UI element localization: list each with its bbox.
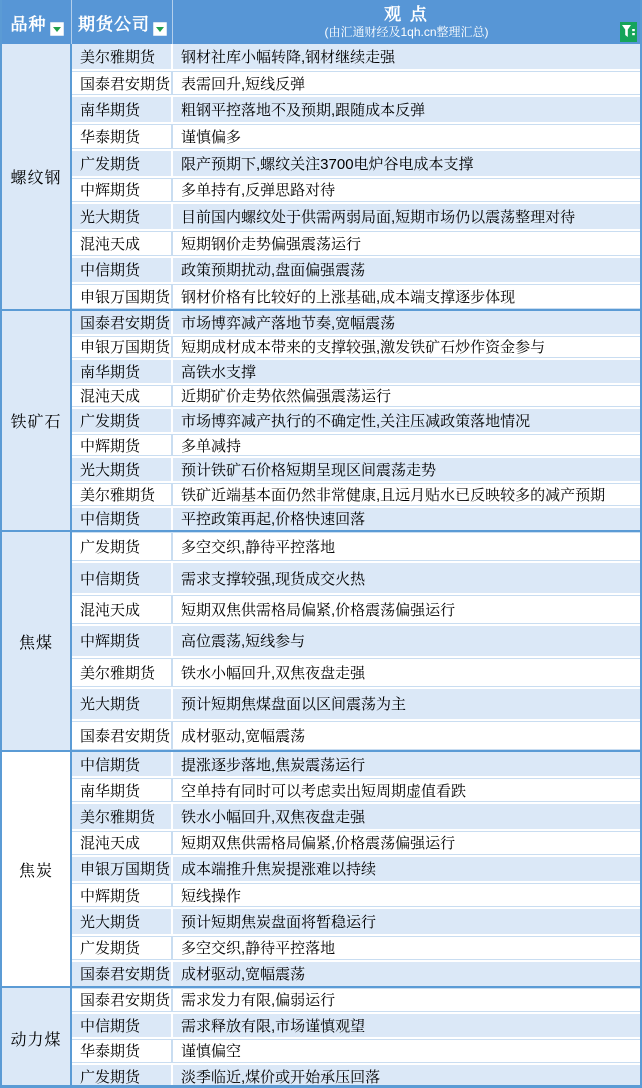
company-cell[interactable]: 广发期货 [72, 532, 173, 561]
company-cell[interactable]: 美尔雅期货 [72, 804, 173, 828]
table-row: 中信期货 政策预期扰动,盘面偏强震荡 [72, 256, 640, 283]
company-cell[interactable]: 华泰期货 [72, 1039, 173, 1063]
commodity-section: 铁矿石 国泰君安期货 市场博弈减产落地节奏,宽幅震荡 申银万国期货 短期成材成本… [2, 309, 640, 530]
section-rows: 国泰君安期货 需求发力有限,偏弱运行 中信期货 需求释放有限,市场谨慎观望 华泰… [72, 988, 640, 1088]
table-row: 国泰君安期货 市场博弈减产落地节奏,宽幅震荡 [72, 311, 640, 334]
viewpoint-cell[interactable]: 平控政策再起,价格快速回落 [173, 508, 640, 531]
viewpoint-cell[interactable]: 短线操作 [173, 883, 640, 907]
viewpoint-cell[interactable]: 目前国内螺纹处于供需两弱局面,短期市场仍以震荡整理对待 [173, 204, 640, 229]
table-row: 申银万国期货 钢材价格有比较好的上涨基础,成本端支撑逐步体现 [72, 282, 640, 309]
commodity-label-cell[interactable]: 动力煤 [2, 988, 72, 1088]
viewpoint-cell[interactable]: 铁水小幅回升,双焦夜盘走强 [173, 658, 640, 687]
viewpoint-cell[interactable]: 空单持有同时可以考虑卖出短周期虚值看跌 [173, 778, 640, 802]
table-row: 中辉期货 多单持有,反弹思路对待 [72, 176, 640, 203]
table-row: 南华期货 粗钢平控落地不及预期,跟随成本反弹 [72, 95, 640, 122]
viewpoint-cell[interactable]: 钢材价格有比较好的上涨基础,成本端支撑逐步体现 [173, 284, 640, 309]
viewpoint-cell[interactable]: 政策预期扰动,盘面偏强震荡 [173, 258, 640, 283]
table-row: 光大期货 预计短期焦煤盘面以区间震荡为主 [72, 687, 640, 718]
viewpoint-cell[interactable]: 多空交织,静待平控落地 [173, 532, 640, 561]
viewpoint-header-title: 观 点 [384, 6, 429, 25]
table-row: 广发期货 淡季临近,煤价或开始承压回落 [72, 1063, 640, 1088]
viewpoint-cell[interactable]: 预计铁矿石价格短期呈现区间震荡走势 [173, 458, 640, 481]
table-row: 华泰期货 谨慎偏多 [72, 122, 640, 149]
table-row: 美尔雅期货 铁水小幅回升,双焦夜盘走强 [72, 656, 640, 687]
viewpoint-cell[interactable]: 市场博弈减产执行的不确定性,关注压减政策落地情况 [173, 409, 640, 432]
company-cell[interactable]: 南华期货 [72, 97, 173, 122]
variety-filter-dropdown-icon[interactable] [50, 22, 64, 36]
viewpoint-cell[interactable]: 短期双焦供需格局偏紧,价格震荡偏强运行 [173, 831, 640, 855]
table-row: 华泰期货 谨慎偏空 [72, 1037, 640, 1063]
table-row: 光大期货 预计铁矿石价格短期呈现区间震荡走势 [72, 456, 640, 481]
viewpoint-cell[interactable]: 钢材社库小幅转降,钢材继续走强 [173, 44, 640, 69]
viewpoint-cell[interactable]: 短期双焦供需格局偏紧,价格震荡偏强运行 [173, 595, 640, 624]
viewpoint-cell[interactable]: 铁水小幅回升,双焦夜盘走强 [173, 804, 640, 828]
variety-header-label: 品种 [11, 10, 47, 35]
viewpoint-cell[interactable]: 需求释放有限,市场谨慎观望 [173, 1014, 640, 1038]
table-row: 申银万国期货 短期成材成本带来的支撑较强,激发铁矿石炒作资金参与 [72, 334, 640, 359]
table-row: 混沌天成 短期双焦供需格局偏紧,价格震荡偏强运行 [72, 829, 640, 855]
company-cell[interactable]: 光大期货 [72, 689, 173, 718]
table-row: 国泰君安期货 需求发力有限,偏弱运行 [72, 988, 640, 1012]
table-row: 中辉期货 高位震荡,短线参与 [72, 624, 640, 655]
company-cell[interactable]: 中信期货 [72, 752, 173, 776]
table-row: 光大期货 预计短期焦炭盘面将暂稳运行 [72, 907, 640, 933]
company-cell[interactable]: 中信期货 [72, 508, 173, 531]
company-cell[interactable]: 广发期货 [72, 1065, 173, 1088]
viewpoint-cell[interactable]: 高位震荡,短线参与 [173, 626, 640, 655]
viewpoint-cell[interactable]: 成材驱动,宽幅震荡 [173, 721, 640, 750]
company-cell[interactable]: 中辉期货 [72, 626, 173, 655]
company-cell[interactable]: 国泰君安期货 [72, 71, 173, 96]
company-cell[interactable]: 国泰君安期货 [72, 721, 173, 750]
viewpoint-cell[interactable]: 成本端推升焦炭提涨难以持续 [173, 857, 640, 881]
viewpoint-cell[interactable]: 多单持有,反弹思路对待 [173, 178, 640, 203]
table-row: 广发期货 多空交织,静待平控落地 [72, 532, 640, 561]
section-rows: 美尔雅期货 钢材社库小幅转降,钢材继续走强 国泰君安期货 表需回升,短线反弹 南… [72, 44, 640, 309]
company-column-header[interactable]: 期货公司 [72, 0, 173, 44]
section-rows: 广发期货 多空交织,静待平控落地 中信期货 需求支撑较强,现货成交火热 混沌天成… [72, 532, 640, 750]
funnel-icon [622, 25, 635, 39]
company-cell[interactable]: 中信期货 [72, 258, 173, 283]
viewpoint-cell[interactable]: 谨慎偏空 [173, 1039, 640, 1063]
viewpoint-cell[interactable]: 高铁水支撑 [173, 360, 640, 383]
viewpoint-cell[interactable]: 短期成材成本带来的支撑较强,激发铁矿石炒作资金参与 [173, 336, 640, 359]
company-cell[interactable]: 中辉期货 [72, 434, 173, 457]
viewpoint-cell[interactable]: 淡季临近,煤价或开始承压回落 [173, 1065, 640, 1088]
company-cell[interactable]: 中信期货 [72, 1014, 173, 1038]
company-cell[interactable]: 国泰君安期货 [72, 311, 173, 334]
chevron-down-icon [156, 27, 164, 32]
viewpoint-cell[interactable]: 成材驱动,宽幅震荡 [173, 962, 640, 986]
company-cell[interactable]: 混沌天成 [72, 385, 173, 408]
table-row: 美尔雅期货 铁水小幅回升,双焦夜盘走强 [72, 802, 640, 828]
table-row: 美尔雅期货 钢材社库小幅转降,钢材继续走强 [72, 44, 640, 69]
table-row: 中信期货 平控政策再起,价格快速回落 [72, 506, 640, 531]
viewpoint-cell[interactable]: 多单减持 [173, 434, 640, 457]
commodity-section: 焦煤 广发期货 多空交织,静待平控落地 中信期货 需求支撑较强,现货成交火热 混… [2, 530, 640, 750]
commodity-section: 焦炭 中信期货 提涨逐步落地,焦炭震荡运行 南华期货 空单持有同时可以考虑卖出短… [2, 750, 640, 986]
company-cell[interactable]: 华泰期货 [72, 124, 173, 149]
company-cell[interactable]: 申银万国期货 [72, 857, 173, 881]
company-cell[interactable]: 美尔雅期货 [72, 44, 173, 69]
company-cell[interactable]: 申银万国期货 [72, 336, 173, 359]
viewpoint-cell[interactable]: 短期钢价走势偏强震荡运行 [173, 231, 640, 256]
company-cell[interactable]: 广发期货 [72, 936, 173, 960]
autofilter-funnel-icon[interactable] [620, 22, 637, 42]
commodity-label-cell[interactable]: 焦煤 [2, 532, 72, 750]
company-cell[interactable]: 中辉期货 [72, 883, 173, 907]
section-rows: 国泰君安期货 市场博弈减产落地节奏,宽幅震荡 申银万国期货 短期成材成本带来的支… [72, 311, 640, 530]
viewpoint-cell[interactable]: 预计短期焦煤盘面以区间震荡为主 [173, 689, 640, 718]
viewpoint-cell[interactable]: 需求支撑较强,现货成交火热 [173, 563, 640, 592]
viewpoint-cell[interactable]: 预计短期焦炭盘面将暂稳运行 [173, 909, 640, 933]
table-row: 南华期货 空单持有同时可以考虑卖出短周期虚值看跌 [72, 776, 640, 802]
table-row: 广发期货 多空交织,静待平控落地 [72, 934, 640, 960]
variety-column-header[interactable]: 品种 [2, 0, 72, 44]
commodity-label-cell[interactable]: 铁矿石 [2, 311, 72, 530]
table-row: 国泰君安期货 成材驱动,宽幅震荡 [72, 719, 640, 750]
company-cell[interactable]: 光大期货 [72, 458, 173, 481]
company-cell[interactable]: 南华期货 [72, 778, 173, 802]
company-cell[interactable]: 中信期货 [72, 563, 173, 592]
table-row: 中辉期货 短线操作 [72, 881, 640, 907]
viewpoint-cell[interactable]: 近期矿价走势依然偏强震荡运行 [173, 385, 640, 408]
viewpoint-cell[interactable]: 多空交织,静待平控落地 [173, 936, 640, 960]
table-row: 申银万国期货 成本端推升焦炭提涨难以持续 [72, 855, 640, 881]
commodity-section: 螺纹钢 美尔雅期货 钢材社库小幅转降,钢材继续走强 国泰君安期货 表需回升,短线… [2, 44, 640, 309]
viewpoint-cell[interactable]: 限产预期下,螺纹关注3700电炉谷电成本支撑 [173, 151, 640, 176]
company-cell[interactable]: 混沌天成 [72, 595, 173, 624]
table-row: 广发期货 市场博弈减产执行的不确定性,关注压减政策落地情况 [72, 407, 640, 432]
table-row: 国泰君安期货 成材驱动,宽幅震荡 [72, 960, 640, 986]
viewpoint-column-header: 观 点 (由汇通财经及1qh.cn整理汇总) [173, 0, 640, 44]
viewpoint-cell[interactable]: 提涨逐步落地,焦炭震荡运行 [173, 752, 640, 776]
viewpoint-cell[interactable]: 谨慎偏多 [173, 124, 640, 149]
table-row: 广发期货 限产预期下,螺纹关注3700电炉谷电成本支撑 [72, 149, 640, 176]
chevron-down-icon [53, 27, 61, 32]
company-cell[interactable]: 国泰君安期货 [72, 988, 173, 1012]
commodity-label-cell[interactable]: 螺纹钢 [2, 44, 72, 309]
table-row: 混沌天成 短期钢价走势偏强震荡运行 [72, 229, 640, 256]
company-cell[interactable]: 申银万国期货 [72, 284, 173, 309]
company-cell[interactable]: 广发期货 [72, 409, 173, 432]
viewpoint-cell[interactable]: 铁矿近端基本面仍然非常健康,且远月贴水已反映较多的减产预期 [173, 483, 640, 506]
company-cell[interactable]: 混沌天成 [72, 831, 173, 855]
company-cell[interactable]: 美尔雅期货 [72, 658, 173, 687]
table-header: 品种 期货公司 观 点 (由汇通财经及1qh.cn整理汇总) [2, 0, 640, 44]
table-row: 混沌天成 近期矿价走势依然偏强震荡运行 [72, 383, 640, 408]
table-row: 中信期货 需求支撑较强,现货成交火热 [72, 561, 640, 592]
table-row: 中辉期货 多单减持 [72, 432, 640, 457]
section-rows: 中信期货 提涨逐步落地,焦炭震荡运行 南华期货 空单持有同时可以考虑卖出短周期虚… [72, 752, 640, 986]
viewpoint-header-subtitle: (由汇通财经及1qh.cn整理汇总) [324, 26, 488, 39]
viewpoint-cell[interactable]: 需求发力有限,偏弱运行 [173, 988, 640, 1012]
viewpoint-cell[interactable]: 粗钢平控落地不及预期,跟随成本反弹 [173, 97, 640, 122]
table-row: 美尔雅期货 铁矿近端基本面仍然非常健康,且远月贴水已反映较多的减产预期 [72, 481, 640, 506]
company-cell[interactable]: 光大期货 [72, 204, 173, 229]
futures-viewpoints-table: 品种 期货公司 观 点 (由汇通财经及1qh.cn整理汇总) 螺纹钢 美尔雅期货… [0, 0, 642, 1088]
commodity-label-cell[interactable]: 焦炭 [2, 752, 72, 986]
table-row: 中信期货 提涨逐步落地,焦炭震荡运行 [72, 752, 640, 776]
company-cell[interactable]: 美尔雅期货 [72, 483, 173, 506]
table-body: 螺纹钢 美尔雅期货 钢材社库小幅转降,钢材继续走强 国泰君安期货 表需回升,短线… [2, 44, 640, 1088]
company-cell[interactable]: 国泰君安期货 [72, 962, 173, 986]
company-cell[interactable]: 混沌天成 [72, 231, 173, 256]
table-row: 南华期货 高铁水支撑 [72, 358, 640, 383]
table-row: 光大期货 目前国内螺纹处于供需两弱局面,短期市场仍以震荡整理对待 [72, 202, 640, 229]
company-cell[interactable]: 南华期货 [72, 360, 173, 383]
table-row: 混沌天成 短期双焦供需格局偏紧,价格震荡偏强运行 [72, 593, 640, 624]
table-row: 中信期货 需求释放有限,市场谨慎观望 [72, 1012, 640, 1038]
viewpoint-cell[interactable]: 表需回升,短线反弹 [173, 71, 640, 96]
company-filter-dropdown-icon[interactable] [153, 22, 167, 36]
company-cell[interactable]: 广发期货 [72, 151, 173, 176]
company-header-label: 期货公司 [78, 10, 150, 35]
company-cell[interactable]: 光大期货 [72, 909, 173, 933]
commodity-section: 动力煤 国泰君安期货 需求发力有限,偏弱运行 中信期货 需求释放有限,市场谨慎观… [2, 986, 640, 1088]
viewpoint-cell[interactable]: 市场博弈减产落地节奏,宽幅震荡 [173, 311, 640, 334]
company-cell[interactable]: 中辉期货 [72, 178, 173, 203]
table-row: 国泰君安期货 表需回升,短线反弹 [72, 69, 640, 96]
